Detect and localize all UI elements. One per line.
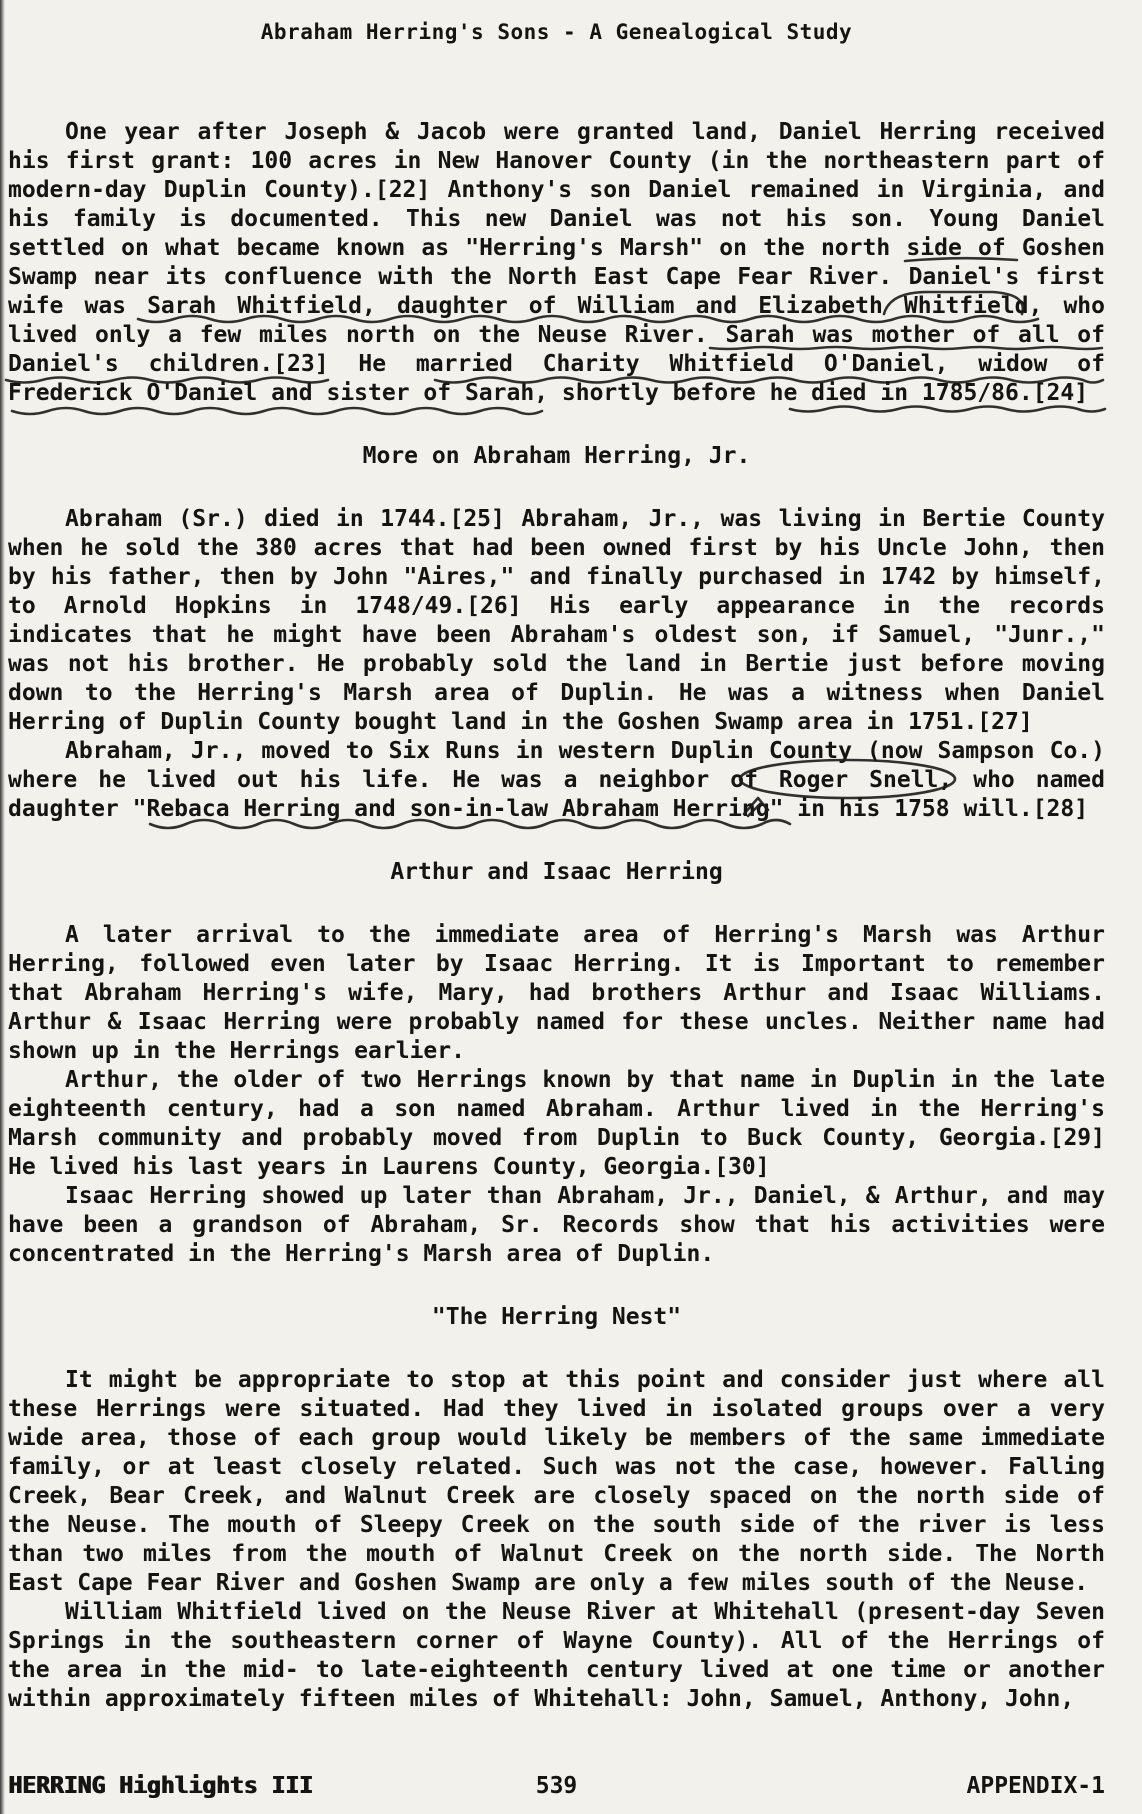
text-line: He lived his last years in Laurens Count… [8,1153,1105,1182]
text-line: Swamp near its confluence with the North… [8,263,1105,292]
text-line: settled on what became known as "Herring… [8,234,1105,263]
text-line: the area in the mid- to late-eighteenth … [8,1656,1105,1685]
section-heading: Arthur and Isaac Herring [8,858,1105,887]
paragraph: William Whitfield lived on the Neuse Riv… [8,1598,1105,1714]
text-line: indicates that he might have been Abraha… [8,621,1105,650]
text-line: Creek, Bear Creek, and Walnut Creek are … [8,1482,1105,1511]
text-line: It might be appropriate to stop at this … [8,1366,1105,1395]
section-heading: "The Herring Nest" [8,1303,1105,1332]
text-line: his family is documented. This new Danie… [8,205,1105,234]
text-line: Arthur, the older of two Herrings known … [8,1066,1105,1095]
text-line: shown up in the Herrings earlier. [8,1037,1105,1066]
text-line: by his father, then by John "Aires," and… [8,563,1105,592]
text-line: lived only a few miles north on the Neus… [8,321,1105,350]
text-line: Springs in the southeastern corner of Wa… [8,1627,1105,1656]
text-line: where he lived out his life. He was a ne… [8,766,1105,795]
text-line: Daniel's children.[23] He married Charit… [8,350,1105,379]
text-line: One year after Joseph & Jacob were grant… [8,118,1105,147]
text-line: have been a grandson of Abraham, Sr. Rec… [8,1211,1105,1240]
text-line: Abraham, Jr., moved to Six Runs in weste… [8,737,1105,766]
scan-edge-artifact [0,0,5,1814]
text-line: within approximately fifteen miles of Wh… [8,1685,1105,1714]
text-line: than two miles from the mouth of Walnut … [8,1540,1105,1569]
text-line: Abraham (Sr.) died in 1744.[25] Abraham,… [8,505,1105,534]
footer-appendix-label: APPENDIX-1 [577,1772,1105,1801]
text-line: was not his brother. He probably sold th… [8,650,1105,679]
text-line: William Whitfield lived on the Neuse Riv… [8,1598,1105,1627]
paragraph: Arthur, the older of two Herrings known … [8,1066,1105,1182]
section-heading: More on Abraham Herring, Jr. [8,442,1105,471]
text-line: Arthur & Isaac Herring were probably nam… [8,1008,1105,1037]
text-line: A later arrival to the immediate area of… [8,921,1105,950]
footer-publication: HERRING Highlights III [8,1772,536,1801]
text-line: his first grant: 100 acres in New Hanove… [8,147,1105,176]
text-line: modern-day Duplin County).[22] Anthony's… [8,176,1105,205]
text-line: that Abraham Herring's wife, Mary, had b… [8,979,1105,1008]
text-line: concentrated in the Herring's Marsh area… [8,1240,1105,1269]
document-page: Abraham Herring's Sons - A Genealogical … [0,0,1142,1814]
page-footer: HERRING Highlights III 539 APPENDIX-1 [8,1772,1105,1801]
text-line: East Cape Fear River and Goshen Swamp ar… [8,1569,1105,1598]
footer-page-number: 539 [536,1772,578,1801]
text-line: these Herrings were situated. Had they l… [8,1395,1105,1424]
text-line: the Neuse. The mouth of Sleepy Creek on … [8,1511,1105,1540]
paragraph: It might be appropriate to stop at this … [8,1366,1105,1598]
paragraph: A later arrival to the immediate area of… [8,921,1105,1066]
text-line: family, or at least closely related. Suc… [8,1453,1105,1482]
paragraph: Abraham (Sr.) died in 1744.[25] Abraham,… [8,505,1105,737]
text-line: when he sold the 380 acres that had been… [8,534,1105,563]
page-title: Abraham Herring's Sons - A Genealogical … [8,18,1105,47]
text-line: Marsh community and probably moved from … [8,1124,1105,1153]
text-line: wide area, those of each group would lik… [8,1424,1105,1453]
text-line: Herring of Duplin County bought land in … [8,708,1105,737]
text-line: Isaac Herring showed up later than Abrah… [8,1182,1105,1211]
paragraph: Abraham, Jr., moved to Six Runs in weste… [8,737,1105,824]
document-body: One year after Joseph & Jacob were grant… [8,118,1105,1714]
text-line: wife was Sarah Whitfield, daughter of Wi… [8,292,1105,321]
text-line: Frederick O'Daniel and sister of Sarah, … [8,379,1105,408]
text-line: to Arnold Hopkins in 1748/49.[26] His ea… [8,592,1105,621]
paragraph: Isaac Herring showed up later than Abrah… [8,1182,1105,1269]
text-line: down to the Herring's Marsh area of Dupl… [8,679,1105,708]
text-line: eighteenth century, had a son named Abra… [8,1095,1105,1124]
text-line: daughter "Rebaca Herring and son-in-law … [8,795,1105,824]
text-line: Herring, followed even later by Isaac He… [8,950,1105,979]
paragraph: One year after Joseph & Jacob were grant… [8,118,1105,408]
